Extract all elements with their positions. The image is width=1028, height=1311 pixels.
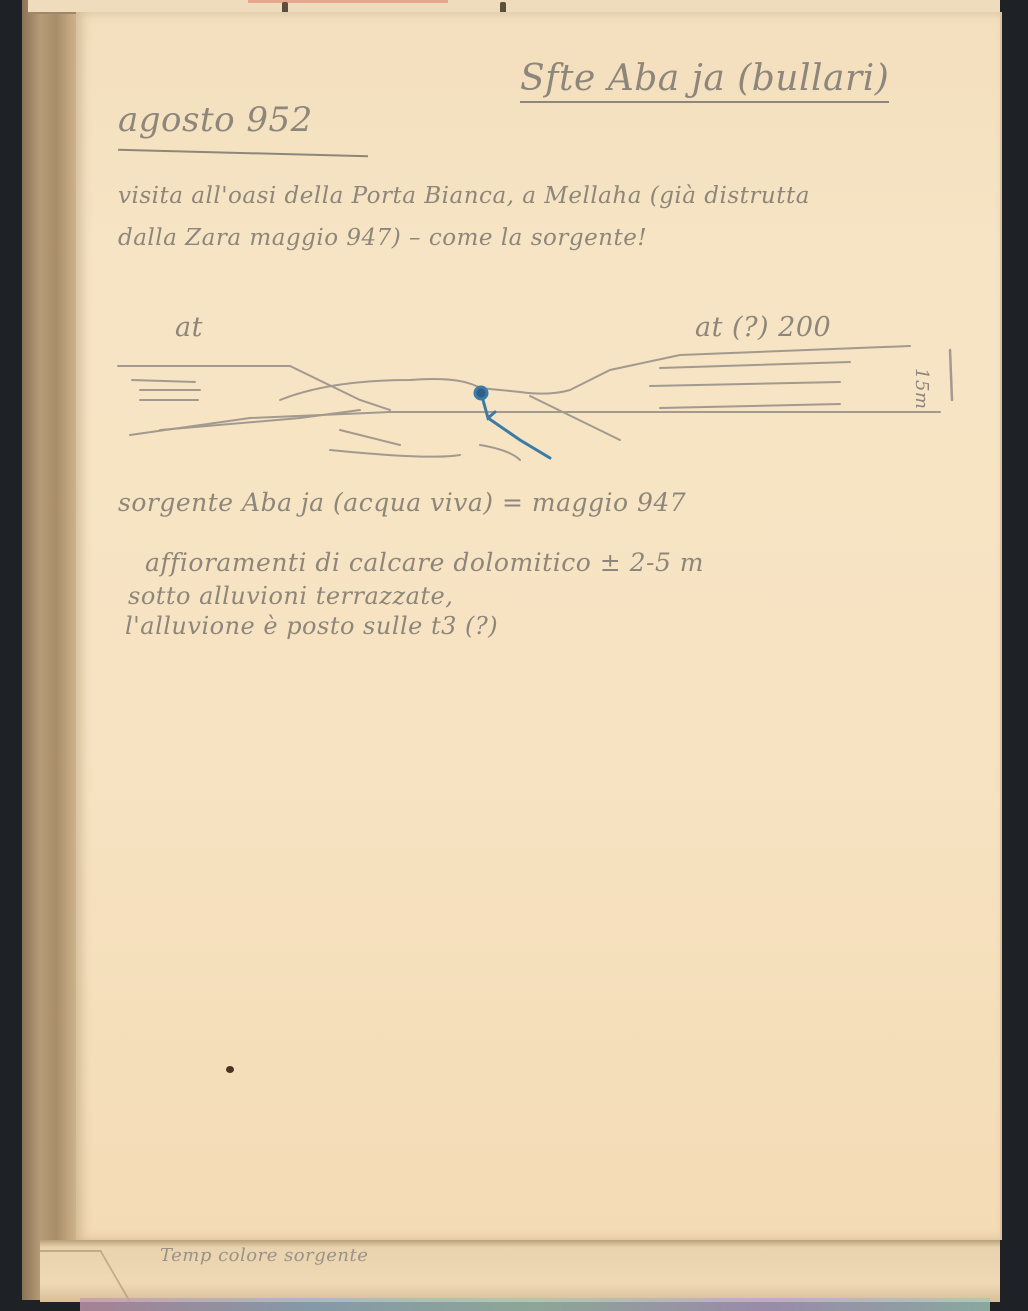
bottom-margin-note: Temp colore sorgente <box>160 1245 368 1266</box>
note-line-2: affioramenti di calcare dolomitico ± 2-5… <box>145 548 704 577</box>
header-line-1: visita all'oasi della Porta Bianca, a Me… <box>118 183 810 209</box>
page-title: Sfte Aba ja (bullari) <box>520 58 889 99</box>
note-line-1: sorgente Aba ja (acqua viva) = maggio 94… <box>118 488 686 517</box>
entry-date: agosto 952 <box>118 100 313 140</box>
header-line-2: dalla Zara maggio 947) – come la sorgent… <box>118 225 647 251</box>
red-pencil-mark <box>248 0 448 3</box>
note-line-3: sotto alluvioni terrazzate, <box>128 582 453 610</box>
notebook-page-edges <box>22 0 84 1300</box>
ink-spot <box>226 1066 234 1073</box>
page-edge-color-strip <box>80 1298 990 1311</box>
geological-cross-section-sketch <box>100 300 980 480</box>
note-line-4: l'alluvione è posto sulle t3 (?) <box>125 612 498 640</box>
